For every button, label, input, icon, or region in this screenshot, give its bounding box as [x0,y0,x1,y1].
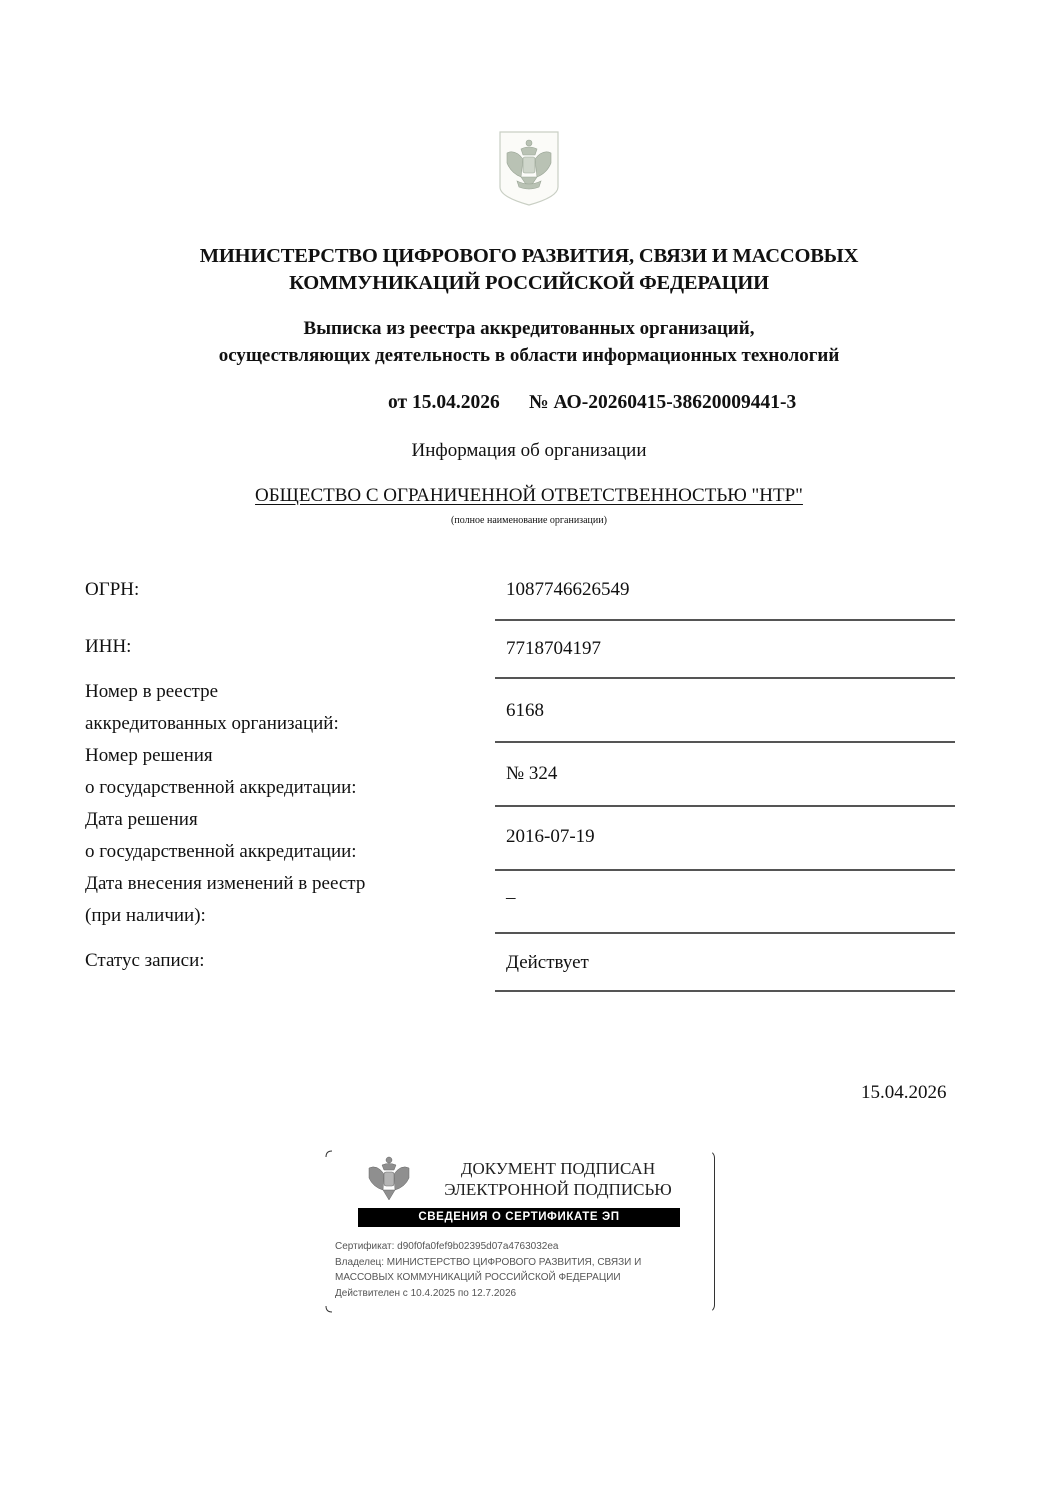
number-prefix: № [529,392,549,413]
certificate-validity: Действителен с 10.4.2025 по 12.7.2026 [335,1286,641,1302]
certificate-owner-line-2: МАССОВЫХ КОММУНИКАЦИЙ РОССИЙСКОЙ ФЕДЕРАЦ… [335,1270,641,1286]
label-text: аккредитованных организаций: [85,708,339,740]
certificate-details: Сертификат: d90f0fa0fef9b02395d07a476303… [335,1239,641,1301]
field-value-decision-number: № 324 [506,763,557,785]
document-number: АО-20260415-38620009441-3 [553,392,796,413]
label-text: ОГРН: [85,574,139,606]
section-title: Информация об организации [0,440,1058,462]
organization-name: ОБЩЕСТВО С ОГРАНИЧЕННОЙ ОТВЕТСТВЕННОСТЬЮ… [0,485,1058,507]
stamp-eagle-icon [365,1154,413,1204]
certificate-info-bar: СВЕДЕНИЯ О СЕРТИФИКАТЕ ЭП [358,1208,680,1227]
stamp-title-line-2: ЭЛЕКТРОННОЙ ПОДПИСЬЮ [433,1179,683,1200]
field-value-decision-date: 2016-07-19 [506,826,595,848]
document-date-number: от 15.04.2026 № АО-20260415-38620009441-… [388,392,796,414]
organization-full-name: ОБЩЕСТВО С ОГРАНИЧЕННОЙ ОТВЕТСТВЕННОСТЬЮ… [255,485,803,506]
field-underline [495,805,955,807]
electronic-signature-stamp: ДОКУМЕНТ ПОДПИСАН ЭЛЕКТРОННОЙ ПОДПИСЬЮ С… [325,1150,715,1313]
certificate-id: Сертификат: d90f0fa0fef9b02395d07a476303… [335,1239,641,1255]
label-text: (при наличии): [85,900,365,932]
field-label-registry-number: Номер в реестре аккредитованных организа… [85,676,339,740]
ministry-line-2: КОММУНИКАЦИЙ РОССИЙСКОЙ ФЕДЕРАЦИИ [0,270,1058,297]
field-value-ogrn: 1087746626549 [506,579,630,601]
label-text: Дата решения [85,804,357,836]
stamp-corner [325,1305,333,1313]
field-underline [495,869,955,871]
label-text: Статус записи: [85,945,205,977]
field-value-inn: 7718704197 [506,638,601,660]
title-line-2: осуществляющих деятельность в области ин… [0,342,1058,369]
ministry-line-1: МИНИСТЕРСТВО ЦИФРОВОГО РАЗВИТИЯ, СВЯЗИ И… [0,243,1058,270]
stamp-corner [325,1150,333,1158]
certificate-owner-line-1: Владелец: МИНИСТЕРСТВО ЦИФРОВОГО РАЗВИТИ… [335,1255,641,1271]
coat-of-arms-icon [497,129,561,207]
document-title: Выписка из реестра аккредитованных орган… [0,315,1058,369]
label-text: Номер в реестре [85,676,339,708]
field-label-ogrn: ОГРН: [85,574,139,606]
field-label-status: Статус записи: [85,945,205,977]
field-underline [495,932,955,934]
field-value-change-date: – [506,887,516,909]
label-text: о государственной аккредитации: [85,836,357,868]
title-line-1: Выписка из реестра аккредитованных орган… [0,315,1058,342]
label-text: Дата внесения изменений в реестр [85,868,365,900]
document-date: 15.04.2026 [412,392,500,413]
label-text: Номер решения [85,740,357,772]
field-label-change-date: Дата внесения изменений в реестр (при на… [85,868,365,932]
organization-name-hint: (полное наименование организации) [0,515,1058,526]
field-value-status: Действует [506,952,589,974]
label-text: о государственной аккредитации: [85,772,357,804]
field-underline [495,741,955,743]
footer-date: 15.04.2026 [861,1082,947,1104]
field-underline [495,619,955,621]
field-underline [495,677,955,679]
date-prefix: от [388,392,407,413]
field-underline [495,990,955,992]
stamp-title: ДОКУМЕНТ ПОДПИСАН ЭЛЕКТРОННОЙ ПОДПИСЬЮ [433,1158,683,1200]
field-label-inn: ИНН: [85,631,131,663]
label-text: ИНН: [85,631,131,663]
stamp-title-line-1: ДОКУМЕНТ ПОДПИСАН [433,1158,683,1179]
field-label-decision-date: Дата решения о государственной аккредита… [85,804,357,868]
field-value-registry-number: 6168 [506,700,544,722]
field-label-decision-number: Номер решения о государственной аккредит… [85,740,357,804]
ministry-name: МИНИСТЕРСТВО ЦИФРОВОГО РАЗВИТИЯ, СВЯЗИ И… [0,243,1058,297]
